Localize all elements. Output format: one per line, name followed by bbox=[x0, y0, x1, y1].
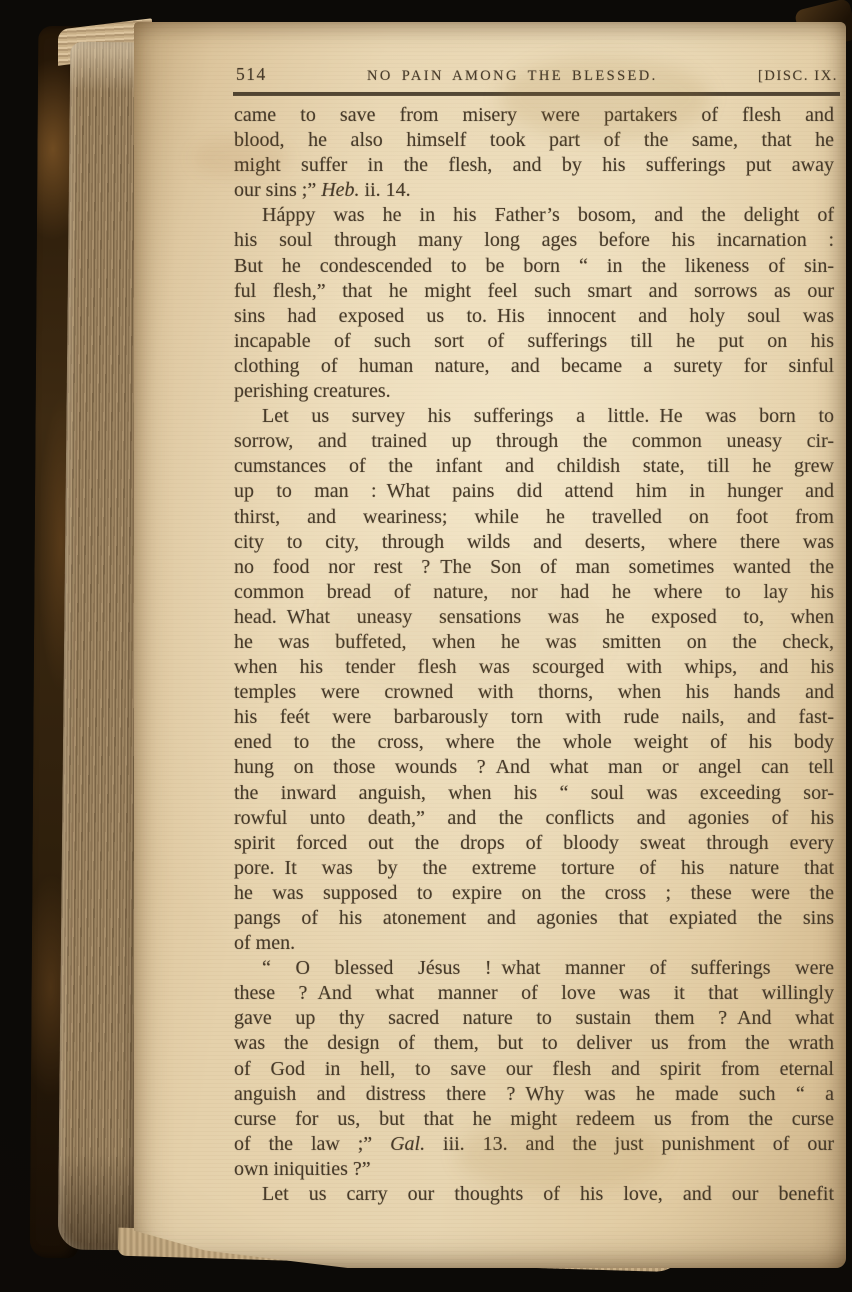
text-line: gave up thy sacred nature to sustain the… bbox=[234, 1006, 834, 1031]
text-line: the inward anguish, when his “ soul was … bbox=[234, 781, 834, 806]
text-line: ful flesh,” that he might feel such smar… bbox=[234, 279, 834, 304]
text-line: our sins ;” Heb. ii. 14. bbox=[234, 178, 834, 203]
text-line: temples were crowned with thorns, when h… bbox=[234, 680, 834, 705]
text-line: was the design of them, but to deliver u… bbox=[234, 1031, 834, 1056]
paragraph: “ O blessed Jésus ! what manner of suffe… bbox=[234, 956, 834, 1182]
text-line: thirst, and weariness; while he travelle… bbox=[234, 505, 834, 530]
text-line: anguish and distress there ? Why was he … bbox=[234, 1082, 834, 1107]
text-line: of the law ;” Gal. iii. 13. and the just… bbox=[234, 1132, 834, 1157]
text-line: spirit forced out the drops of bloody sw… bbox=[234, 831, 834, 856]
text-line: when his tender flesh was scourged with … bbox=[234, 655, 834, 680]
text-line: Let us carry our thoughts of his love, a… bbox=[234, 1182, 834, 1207]
paragraph: Háppy was he in his Father’s bosom, and … bbox=[234, 203, 834, 404]
text-line: he was supposed to expire on the cross ;… bbox=[234, 881, 834, 906]
text-line: might suffer in the flesh, and by his su… bbox=[234, 153, 834, 178]
text-line: common bread of nature, nor had he where… bbox=[234, 580, 834, 605]
section-label: [DISC. IX. bbox=[758, 68, 838, 85]
page-number: 514 bbox=[236, 64, 267, 85]
text-line: pore. It was by the extreme torture of h… bbox=[234, 856, 834, 881]
text-line: head. What uneasy sensations was he expo… bbox=[234, 605, 834, 630]
text-line: of God in hell, to save our flesh and sp… bbox=[234, 1057, 834, 1082]
text-line: his feét were barbarously torn with rude… bbox=[234, 705, 834, 730]
text-line: came to save from misery were partakers … bbox=[234, 103, 834, 128]
paragraph: came to save from misery were partakers … bbox=[234, 103, 834, 203]
header-rule bbox=[233, 92, 840, 96]
text-line: own iniquities ?” bbox=[234, 1157, 834, 1182]
book-page: 514 NO PAIN AMONG THE BLESSED. [DISC. IX… bbox=[134, 22, 846, 1268]
text-line: of men. bbox=[234, 931, 834, 956]
text-line: incapable of such sort of sufferings til… bbox=[234, 329, 834, 354]
text-line: perishing creatures. bbox=[234, 379, 834, 404]
text-line: sins had exposed us to. His innocent and… bbox=[234, 304, 834, 329]
text-line: clothing of human nature, and became a s… bbox=[234, 354, 834, 379]
paragraph: Let us carry our thoughts of his love, a… bbox=[234, 1182, 834, 1207]
text-line: cumstances of the infant and childish st… bbox=[234, 454, 834, 479]
text-line: “ O blessed Jésus ! what manner of suffe… bbox=[234, 956, 834, 981]
text-line: rowful unto death,” and the conflicts an… bbox=[234, 806, 834, 831]
text-line: Háppy was he in his Father’s bosom, and … bbox=[234, 203, 834, 228]
running-title: NO PAIN AMONG THE BLESSED. bbox=[267, 68, 758, 85]
text-line: city to city, through wilds and deserts,… bbox=[234, 530, 834, 555]
text-line: up to man : What pains did attend him in… bbox=[234, 479, 834, 504]
text-line: pangs of his atonement and agonies that … bbox=[234, 906, 834, 931]
page-header: 514 NO PAIN AMONG THE BLESSED. [DISC. IX… bbox=[236, 64, 838, 85]
text-line: hung on those wounds ? And what man or a… bbox=[234, 755, 834, 780]
text-line: blood, he also himself took part of the … bbox=[234, 128, 834, 153]
text-line: But he condescended to be born “ in the … bbox=[234, 254, 834, 279]
text-line: his soul through many long ages before h… bbox=[234, 228, 834, 253]
text-line: no food nor rest ? The Son of man someti… bbox=[234, 555, 834, 580]
paragraph: Let us survey his sufferings a little. H… bbox=[234, 404, 834, 956]
text-line: curse for us, but that he might redeem u… bbox=[234, 1107, 834, 1132]
text-line: these ? And what manner of love was it t… bbox=[234, 981, 834, 1006]
text-line: ened to the cross, where the whole weigh… bbox=[234, 730, 834, 755]
text-line: he was buffeted, when he was smitten on … bbox=[234, 630, 834, 655]
text-line: sorrow, and trained up through the commo… bbox=[234, 429, 834, 454]
page-body: came to save from misery were partakers … bbox=[234, 103, 834, 1207]
text-line: Let us survey his sufferings a little. H… bbox=[234, 404, 834, 429]
